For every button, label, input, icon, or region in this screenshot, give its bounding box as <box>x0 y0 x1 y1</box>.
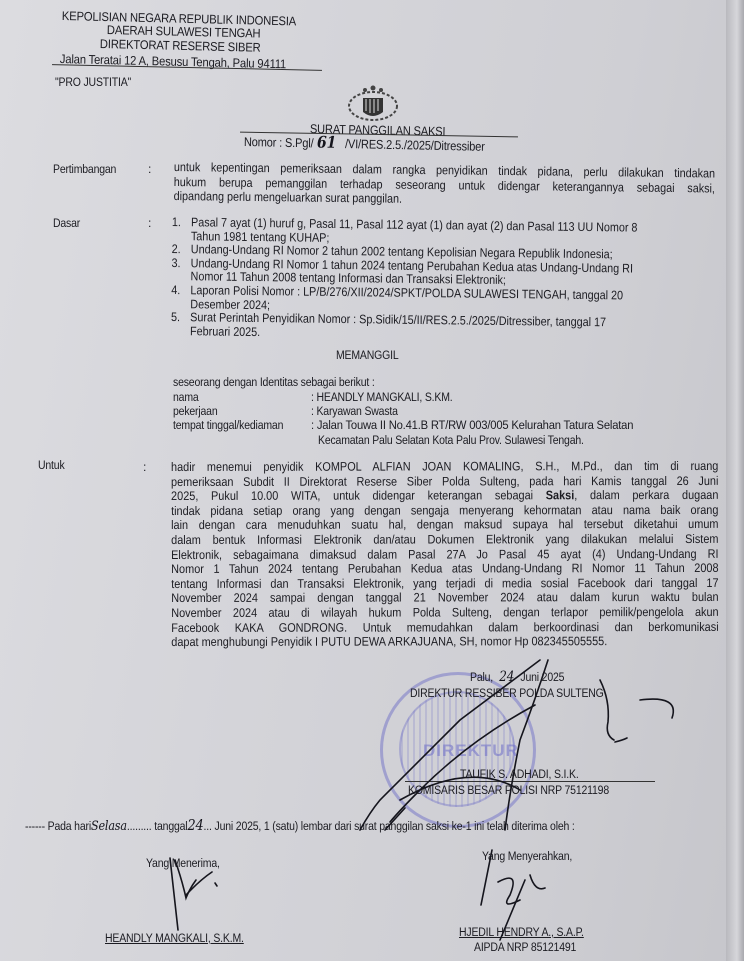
giver-label: Yang Menyerahkan, <box>482 849 572 863</box>
receiver-name: HEANDLY MANGKALI, S.K.M. <box>105 931 244 945</box>
giver-rank: AIPDA NRP 85121491 <box>474 940 576 954</box>
pro-justitia: "PRO JUSTITIA" <box>55 75 131 89</box>
handwritten-sign-day: 24 <box>496 669 518 685</box>
number-prefix: Nomor : S.Pgl/ <box>244 135 314 150</box>
signatory-rule <box>405 781 655 782</box>
pertimbangan-text: untuk kepentingan pemeriksaan dalam rang… <box>174 160 716 210</box>
untuk-line: dapat menghubungi Penyidik I PUTU DEWA A… <box>171 634 718 650</box>
handwritten-day-name: Selasa <box>91 819 127 834</box>
field-label-pekerjaan: pekerjaan <box>173 404 217 418</box>
signatory-position: DIREKTUR RESSIBER POLDA SULTENG <box>410 686 604 700</box>
handwritten-receipt-date: 24 <box>187 816 203 834</box>
untuk-line: tindak pidana setiap orang yang dengan s… <box>171 503 718 519</box>
signatory-name: TAUFIK S. ADHADI, S.I.K. <box>460 767 579 781</box>
signatory-rank: KOMISARIS BESAR POLISI NRP 75121198 <box>408 783 609 797</box>
untuk-line: Nomor 1 Tahun 2024 tentang Perubahan Ked… <box>171 561 718 577</box>
field-label-alamat: tempat tinggal/kediaman <box>173 418 283 432</box>
untuk-line: 2025, Pukul 10.00 WITA, untuk didengar k… <box>171 488 718 504</box>
untuk-colon: : <box>143 460 146 474</box>
paper-edge-shadow <box>726 0 744 961</box>
untuk-line: November 2024 atau di wilayah hukum Pold… <box>171 605 718 621</box>
pertimbangan-colon: : <box>148 162 151 176</box>
polri-emblem-icon <box>345 84 401 124</box>
dasar-colon: : <box>148 216 151 230</box>
handwritten-number: 61 <box>313 132 345 152</box>
place-date: Palu, 24 Juni 2025 <box>470 670 564 684</box>
field-value-alamat-cont: Kecamatan Palu Selatan Kota Palu Prov. S… <box>318 433 584 447</box>
untuk-line: tentang Informasi dan Transaksi Elektron… <box>171 576 718 592</box>
field-value-pekerjaan: : Karyawan Swasta <box>311 404 398 418</box>
dasar-list: 1.Pasal 7 ayat (1) huruf g, Pasal 11, Pa… <box>171 216 718 345</box>
field-label-nama: nama <box>173 390 199 404</box>
untuk-line: Facebook KAKA GONDRONG. Untuk memudahkan… <box>171 619 718 635</box>
field-value-nama: : HEANDLY MANGKALI, S.KM. <box>311 390 453 404</box>
untuk-line: November 2024 sampai dengan tanggal 21 N… <box>171 590 718 606</box>
untuk-text: hadir menemui penyidik KOMPOL ALFIAN JOA… <box>171 459 719 650</box>
field-value-alamat: : Jalan Touwa II No.41.B RT/RW 003/005 K… <box>311 418 633 432</box>
identity-intro: seseorang dengan Identitas sebagai berik… <box>173 375 375 389</box>
memanggil-heading: MEMANGGIL <box>336 348 399 362</box>
pertimbangan-label: Pertimbangan <box>53 162 116 176</box>
untuk-line: lain dengan cara menuduhkan suatu hal, d… <box>171 517 718 533</box>
untuk-label: Untuk <box>38 458 65 472</box>
giver-name: HJEDIL HENDRY A., S.A.P. <box>459 925 584 939</box>
receipt-line: ------ Pada hariSelasa......... tanggal2… <box>25 818 575 834</box>
untuk-line: Elektronik, sebagaimana dimaksud dalam P… <box>171 546 718 562</box>
dasar-label: Dasar <box>53 216 80 230</box>
stamp-label: DIREKTUR <box>423 741 519 761</box>
untuk-line: hadir menemui penyidik KOMPOL ALFIAN JOA… <box>171 459 718 475</box>
number-suffix: /VI/RES.2.5./2025/Ditressiber <box>345 137 485 154</box>
untuk-line: dalam bentuk Informasi Elektronik dan/at… <box>171 532 718 548</box>
receiver-label: Yang Menerima, <box>146 856 220 870</box>
untuk-line: pemeriksaan Subdit II Direktorat Reserse… <box>171 474 718 490</box>
